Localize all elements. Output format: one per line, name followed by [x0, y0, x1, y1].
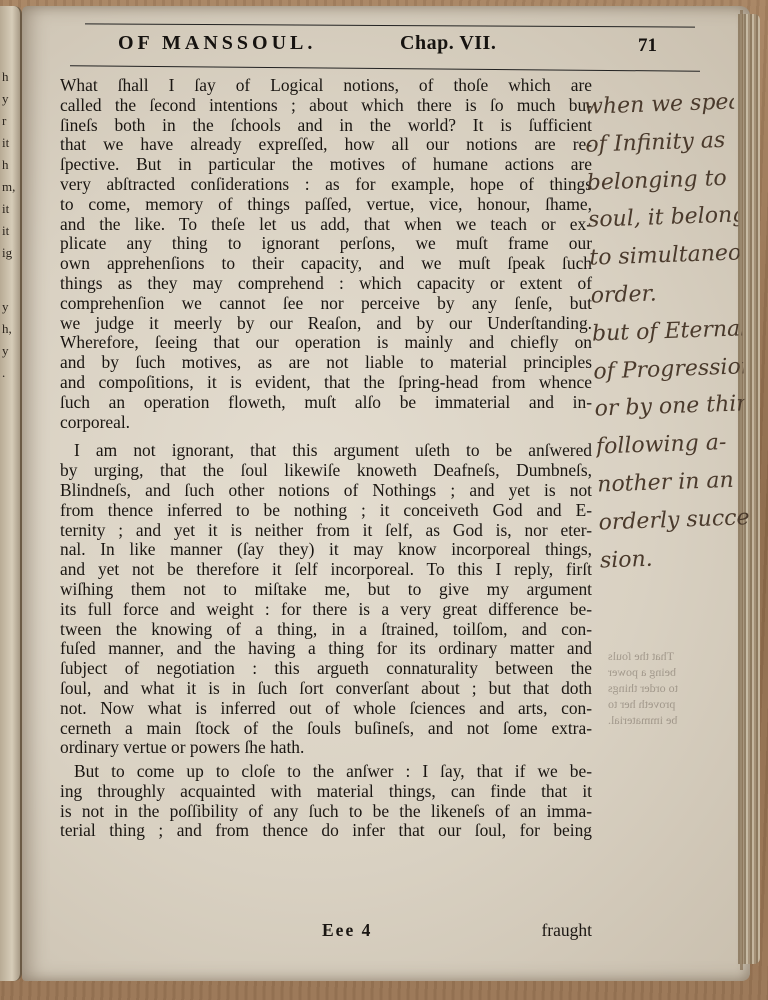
running-title: OF MANSSOUL.: [118, 32, 316, 55]
left-page-fragment: r: [2, 110, 6, 132]
paragraph-1: What ſhall I ſay of Logical notions, of …: [60, 76, 592, 432]
text-line: and compoſitions, it is evident, that th…: [60, 373, 592, 393]
text-line: very abſtracted conſiderations : as for …: [60, 175, 592, 195]
marginalia-line: soul, it belongs: [587, 197, 738, 240]
left-page-fragment: y: [2, 340, 9, 362]
catchword: fraught: [541, 920, 592, 941]
show-through-line: proveth her to: [608, 696, 718, 712]
text-line: from thence inferred to be nothing ; it …: [60, 501, 592, 521]
marginalia-line: sion.: [599, 537, 750, 580]
text-line: called the ſecond intentions ; about whi…: [60, 96, 592, 116]
text-line: ſubject of negotiation : this argueth co…: [60, 659, 592, 679]
marginalia-line: of Infinity as: [585, 121, 736, 164]
text-line: nal. In like manner (ſay they) it may kn…: [60, 540, 592, 560]
text-line: What ſhall I ſay of Logical notions, of …: [60, 76, 592, 96]
text-line: own apprehenſions to their capacity, and…: [60, 254, 592, 274]
left-page-fragment: m,: [2, 176, 15, 198]
chapter-label: Chap. VII.: [400, 32, 496, 55]
text-line: we judge it meerly by our Reaſon, and by…: [60, 314, 592, 334]
show-through-line: be immaterial.: [608, 712, 718, 728]
text-line: ing throughly acquainted with material t…: [60, 782, 592, 802]
show-through-line: being a power: [608, 664, 718, 680]
paragraph-3: But to come up to cloſe to the anſwer : …: [60, 762, 592, 841]
marginalia-line: of Progression: [593, 348, 744, 391]
text-line: I am not ignorant, that this argument uſ…: [60, 441, 592, 461]
text-line: ſoul, and what it is in ſuch ſort conver…: [60, 679, 592, 699]
show-through-line: to order things: [608, 680, 718, 696]
text-line: to come, memory of things paſſed, vertue…: [60, 195, 592, 215]
text-line: by urging, that the ſoul likewiſe knowet…: [60, 461, 592, 481]
text-line: ſineſs both in the ſchools and in the wo…: [60, 116, 592, 136]
left-page-fragment: h: [2, 66, 9, 88]
marginalia-line: when we speak: [583, 84, 734, 127]
text-line: Blindneſs, and ſuch other notions of Not…: [60, 481, 592, 501]
text-line: corporeal.: [60, 413, 592, 433]
show-through-text: That the ſouls being a power to order th…: [608, 648, 718, 728]
left-page-fragment: h,: [2, 318, 12, 340]
signature-mark: Eee 4: [322, 920, 372, 941]
marginalia-line: but of Eternal: [591, 310, 742, 353]
text-line: its full force and weight : for there is…: [60, 600, 592, 620]
left-page-fragment: y: [2, 88, 9, 110]
marginalia-line: belonging to: [586, 159, 737, 202]
left-page-fragment: it: [2, 220, 9, 242]
text-line: cerneth a main ſtock of the ſouls buſine…: [60, 719, 592, 739]
text-line: things as they may comprehend : which ca…: [60, 274, 592, 294]
text-line: and yet not be therefore it ſelf incorpo…: [60, 560, 592, 580]
left-page-fragment: h: [2, 154, 9, 176]
text-line: and by ſuch motives, as are not liable t…: [60, 353, 592, 373]
page-footer: Eee 4 fraught: [60, 920, 592, 942]
text-line: not. Now what is inferred out of whole ſ…: [60, 699, 592, 719]
left-page-fragment: y: [2, 296, 9, 318]
text-line: comprehenſion we cannot ſee nor perceive…: [60, 294, 592, 314]
marginalia-line: following a-: [595, 423, 746, 466]
marginalia-line: or by one thing: [594, 386, 745, 429]
text-line: tween the knowing of a thing, in a ſtrai…: [60, 620, 592, 640]
left-page-fragment: .: [2, 362, 5, 384]
body-text: What ſhall I ſay of Logical notions, of …: [60, 76, 592, 841]
text-line: terial thing ; and from thence do infer …: [60, 821, 592, 841]
text-line: ordinary vertue or powers ſhe hath.: [60, 738, 592, 758]
text-line: ſuch an operation floweth, muſt alſo be …: [60, 393, 592, 413]
marginalia-line: orderly succes-: [598, 499, 749, 542]
text-line: ternity ; and yet it is neither from it …: [60, 521, 592, 541]
text-line: ſpective. But in particular the motives …: [60, 155, 592, 175]
show-through-line: That the ſouls: [608, 648, 718, 664]
text-line: fuſed manner, and the having a thing for…: [60, 639, 592, 659]
text-line: But to come up to cloſe to the anſwer : …: [60, 762, 592, 782]
page-number: 71: [638, 35, 657, 57]
marginalia-line: nother in an: [597, 461, 748, 504]
text-line: is not in the poſſibility of any ſuch to…: [60, 802, 592, 822]
left-page-fragment: ig: [2, 242, 12, 264]
text-line: wiſhing them not to miſtake me, but to g…: [60, 580, 592, 600]
marginalia-line: order.: [590, 272, 741, 315]
text-line: plicate any thing to ignorant perſons, w…: [60, 234, 592, 254]
text-line: Wherefore, ſeeing that our operation is …: [60, 333, 592, 353]
text-line: and the like. To theſe let us add, that …: [60, 215, 592, 235]
paragraph-2: I am not ignorant, that this argument uſ…: [60, 441, 592, 758]
left-page-fragment: it: [2, 198, 9, 220]
facing-left-page-edge: h y r it h m, it it ig y h, y .: [0, 6, 22, 981]
handwritten-marginalia: when we speak of Infinity as belonging t…: [583, 84, 750, 580]
marginalia-line: to simultaneous: [589, 235, 740, 278]
left-page-fragment: it: [2, 132, 9, 154]
running-header: OF MANSSOUL. Chap. VII. 71: [118, 32, 698, 62]
text-line: that we have already expreſſed, how all …: [60, 135, 592, 155]
